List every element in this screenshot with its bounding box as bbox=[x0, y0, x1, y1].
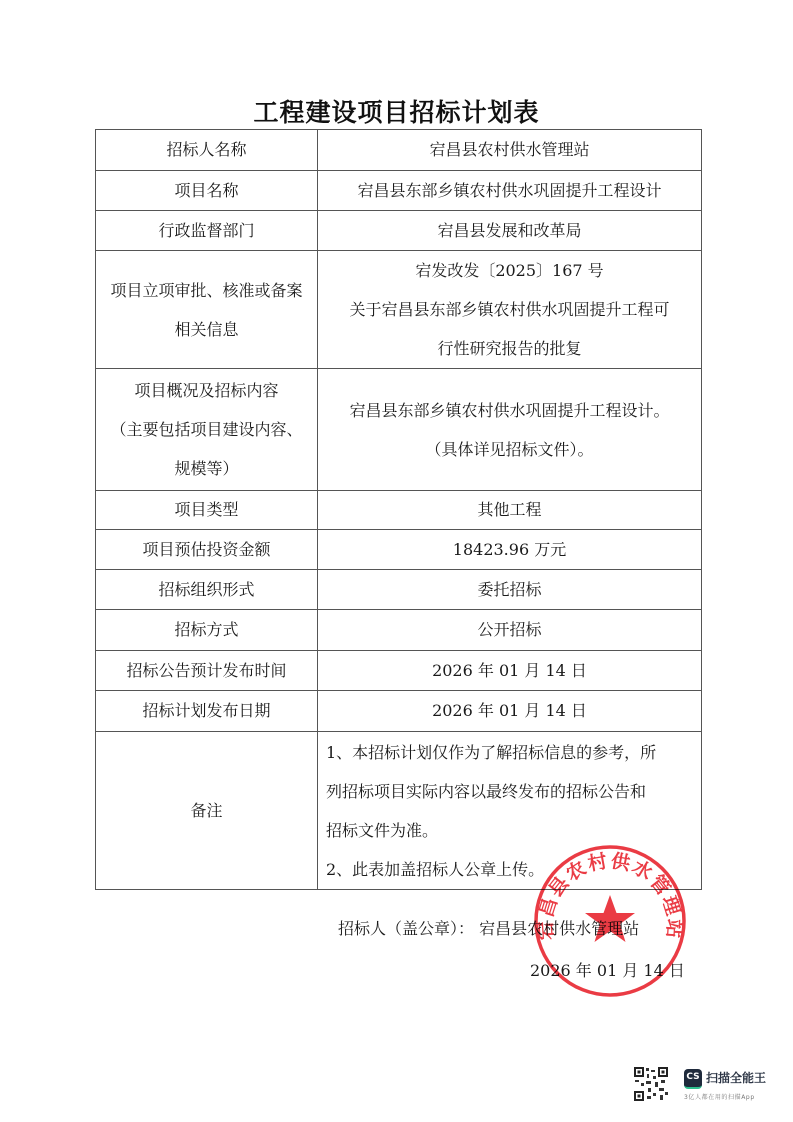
table-row: 招标公告预计发布时间 2026 年 01 月 14 日 bbox=[96, 651, 702, 691]
row-label: 项目类型 bbox=[96, 491, 318, 530]
row-value: 其他工程 bbox=[318, 491, 702, 530]
signer-label: 招标人（盖公章）： bbox=[338, 919, 474, 938]
row-label: 备注 bbox=[96, 732, 318, 890]
row-label: 项目名称 bbox=[96, 171, 318, 211]
value-line: 宕昌县东部乡镇农村供水巩固提升工程设计。 bbox=[324, 391, 695, 430]
row-value: 宕昌县东部乡镇农村供水巩固提升工程设计 bbox=[318, 171, 702, 211]
row-label: 招标人名称 bbox=[96, 130, 318, 171]
table-row: 行政监督部门 宕昌县发展和改革局 bbox=[96, 211, 702, 251]
row-label: 项目立项审批、核准或备案 相关信息 bbox=[96, 251, 318, 369]
label-line: （主要包括项目建设内容、 bbox=[102, 410, 311, 449]
row-label: 项目概况及招标内容 （主要包括项目建设内容、 规模等） bbox=[96, 369, 318, 491]
table-row: 招标方式 公开招标 bbox=[96, 610, 702, 651]
label-line: 项目立项审批、核准或备案 bbox=[102, 271, 311, 310]
label-line: 规模等） bbox=[102, 449, 311, 488]
row-label: 招标公告预计发布时间 bbox=[96, 651, 318, 691]
value-line: 宕发改发〔2025〕167 号 bbox=[324, 251, 695, 290]
row-value: 宕昌县农村供水管理站 bbox=[318, 130, 702, 171]
table-row: 项目立项审批、核准或备案 相关信息 宕发改发〔2025〕167 号 关于宕昌县东… bbox=[96, 251, 702, 369]
row-value: 委托招标 bbox=[318, 570, 702, 610]
row-label: 招标方式 bbox=[96, 610, 318, 651]
label-line: 项目概况及招标内容 bbox=[102, 371, 311, 410]
table-row: 项目概况及招标内容 （主要包括项目建设内容、 规模等） 宕昌县东部乡镇农村供水巩… bbox=[96, 369, 702, 491]
row-value: 18423.96 万元 bbox=[318, 530, 702, 570]
table-row: 项目类型 其他工程 bbox=[96, 491, 702, 530]
value-line: 关于宕昌县东部乡镇农村供水巩固提升工程可 bbox=[324, 290, 695, 329]
table-row: 项目预估投资金额 18423.96 万元 bbox=[96, 530, 702, 570]
remark-line: 列招标项目实际内容以最终发布的招标公告和 bbox=[326, 772, 693, 811]
table-row: 招标组织形式 委托招标 bbox=[96, 570, 702, 610]
document-title: 工程建设项目招标计划表 bbox=[0, 93, 793, 129]
row-value: 宕发改发〔2025〕167 号 关于宕昌县东部乡镇农村供水巩固提升工程可 行性研… bbox=[318, 251, 702, 369]
row-value: 宕昌县发展和改革局 bbox=[318, 211, 702, 251]
app-name: 扫描全能王 bbox=[706, 1069, 766, 1086]
row-value: 宕昌县东部乡镇农村供水巩固提升工程设计。 （具体详见招标文件）。 bbox=[318, 369, 702, 491]
row-label: 行政监督部门 bbox=[96, 211, 318, 251]
table-row: 项目名称 宕昌县东部乡镇农村供水巩固提升工程设计 bbox=[96, 171, 702, 211]
row-label: 项目预估投资金额 bbox=[96, 530, 318, 570]
row-value: 2026 年 01 月 14 日 bbox=[318, 651, 702, 691]
row-value: 公开招标 bbox=[318, 610, 702, 651]
camscanner-watermark: CS 扫描全能王 3亿人都在用的扫描App bbox=[633, 1066, 783, 1110]
row-label: 招标计划发布日期 bbox=[96, 691, 318, 732]
bidding-plan-table: 招标人名称 宕昌县农村供水管理站 项目名称 宕昌县东部乡镇农村供水巩固提升工程设… bbox=[95, 129, 702, 890]
table-row: 招标计划发布日期 2026 年 01 月 14 日 bbox=[96, 691, 702, 732]
star-icon bbox=[585, 895, 635, 942]
row-label: 招标组织形式 bbox=[96, 570, 318, 610]
official-seal: 宕昌县农村供水管理站 bbox=[532, 843, 688, 999]
value-line: 行性研究报告的批复 bbox=[324, 329, 695, 368]
qr-code-icon bbox=[633, 1066, 669, 1102]
label-line: 相关信息 bbox=[102, 310, 311, 349]
row-value: 2026 年 01 月 14 日 bbox=[318, 691, 702, 732]
app-tagline: 3亿人都在用的扫描App bbox=[684, 1092, 755, 1101]
table-row: 招标人名称 宕昌县农村供水管理站 bbox=[96, 130, 702, 171]
camscanner-logo-icon: CS bbox=[684, 1069, 702, 1089]
value-line: （具体详见招标文件）。 bbox=[324, 430, 695, 469]
remark-line: 1、本招标计划仅作为了解招标信息的参考，所 bbox=[326, 733, 693, 772]
